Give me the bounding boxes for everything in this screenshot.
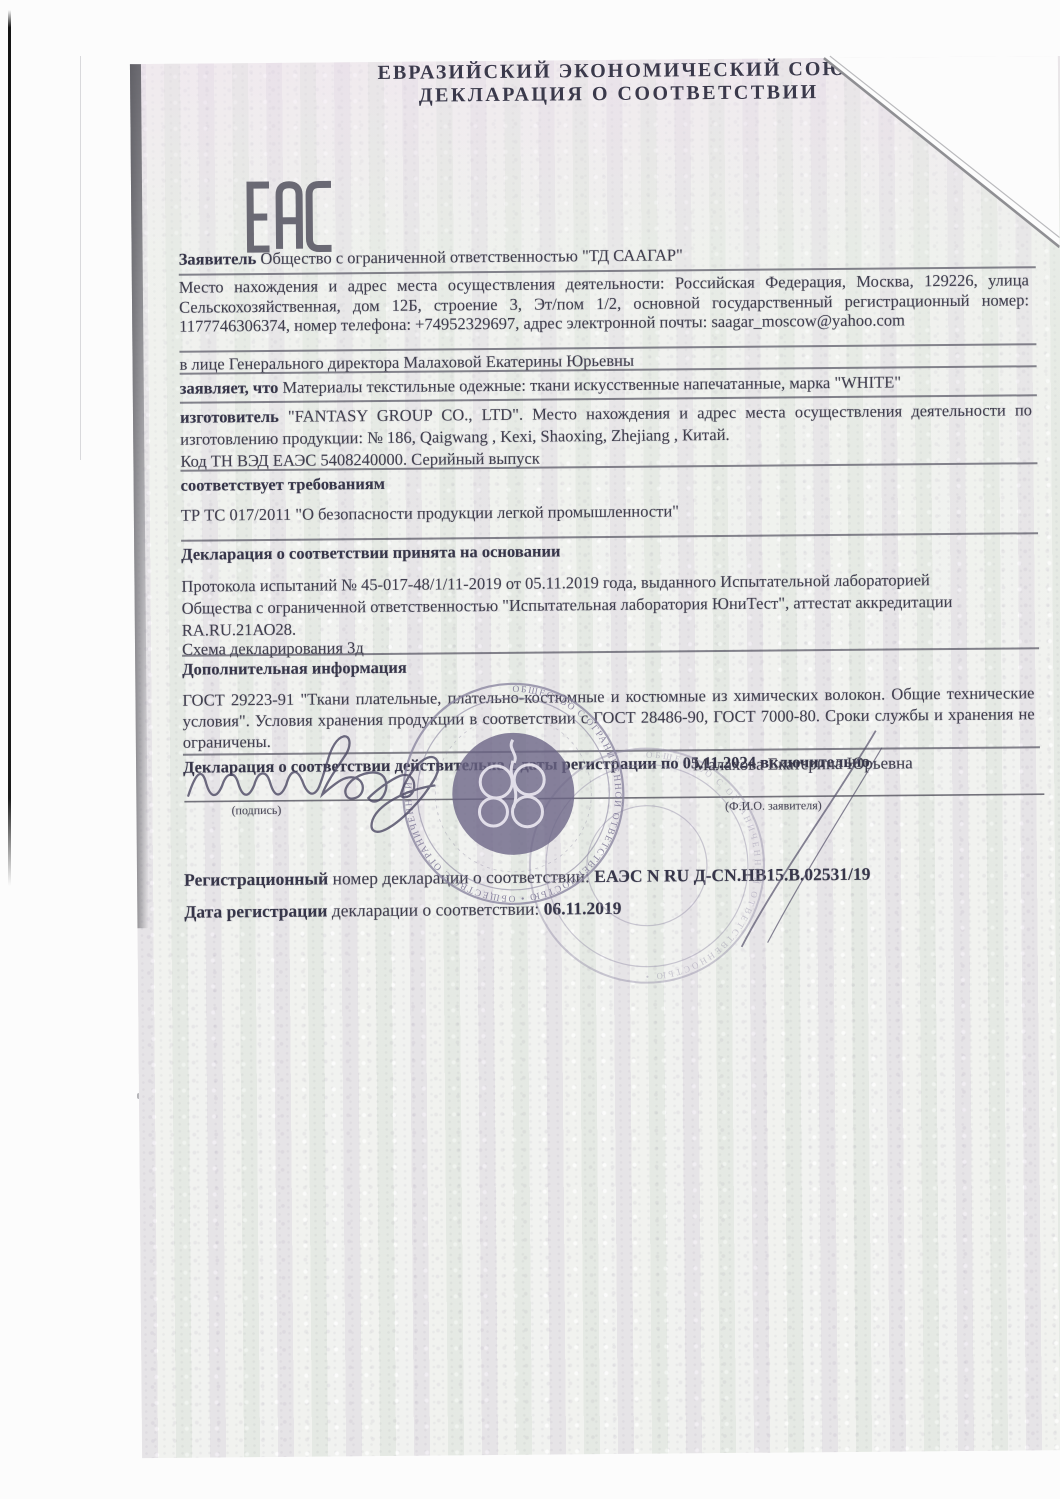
manufacturer-label: изготовитель xyxy=(180,407,279,427)
additional-info-label-text: Дополнительная информация xyxy=(182,658,407,679)
registration-number-mid: номер декларации о соответствии: xyxy=(332,866,589,888)
basis-paragraph: Протокола испытаний № 45-017-48/1/11-201… xyxy=(181,569,994,642)
paper-shadow-edge xyxy=(130,64,149,928)
signature-rule-line xyxy=(184,794,1044,802)
applicant-name: Общество с ограниченной ответственностью… xyxy=(260,245,682,268)
registration-number-label: Регистрационный xyxy=(184,868,328,889)
scanned-declaration-page: ЕВРАЗИЙСКИЙ ЭКОНОМИЧЕСКИЙ СОЮЗ ДЕКЛАРАЦИ… xyxy=(0,0,1060,1499)
eac-logo xyxy=(239,178,340,255)
additional-info-paragraph: ГОСТ 29223-91 "Ткани плательные, платель… xyxy=(182,682,1035,752)
registration-date-label: Дата регистрации xyxy=(184,900,327,921)
registration-date-value: 06.11.2019 xyxy=(544,898,622,919)
applicant-address: Место нахождения и адрес места осуществл… xyxy=(179,270,1029,336)
registration-number-value: ЕАЭС N RU Д-CN.НВ15.В.02531/19 xyxy=(594,864,870,886)
declares-text: Материалы текстильные одежные: ткани иск… xyxy=(282,372,901,396)
signature-caption: (подпись) xyxy=(196,803,316,819)
basis-label: Декларация о соответствии принята на осн… xyxy=(181,537,1038,564)
basis-label-text: Декларация о соответствии принята на осн… xyxy=(181,541,560,563)
fio-caption: (Ф.И.О. заявителя) xyxy=(673,798,873,815)
conforms-label: соответствует требованиям xyxy=(181,468,1038,495)
registration-date-line: Дата регистрации декларации о соответств… xyxy=(184,894,1041,922)
regulation-line: ТР ТС 017/2011 "О безопасности продукции… xyxy=(181,498,1038,525)
declaration-paper: ЕВРАЗИЙСКИЙ ЭКОНОМИЧЕСКИЙ СОЮЗ ДЕКЛАРАЦИ… xyxy=(130,56,1060,1458)
conforms-label-text: соответствует требованиям xyxy=(181,474,386,495)
applicant-label: Заявитель xyxy=(179,249,257,269)
scanner-edge-line xyxy=(8,10,11,886)
registration-date-mid: декларации о соответствии: xyxy=(332,899,540,921)
declares-label: заявляет, что xyxy=(180,378,279,398)
registration-number-line: Регистрационный номер декларации о соотв… xyxy=(184,862,1041,890)
manufacturer-paragraph: изготовитель "FANTASY GROUP CO., LTD". М… xyxy=(180,399,1032,450)
manufacturer-text: "FANTASY GROUP CO., LTD". Место нахожден… xyxy=(180,400,1032,448)
folded-corner xyxy=(816,53,1060,257)
scanner-faint-line xyxy=(80,56,81,460)
